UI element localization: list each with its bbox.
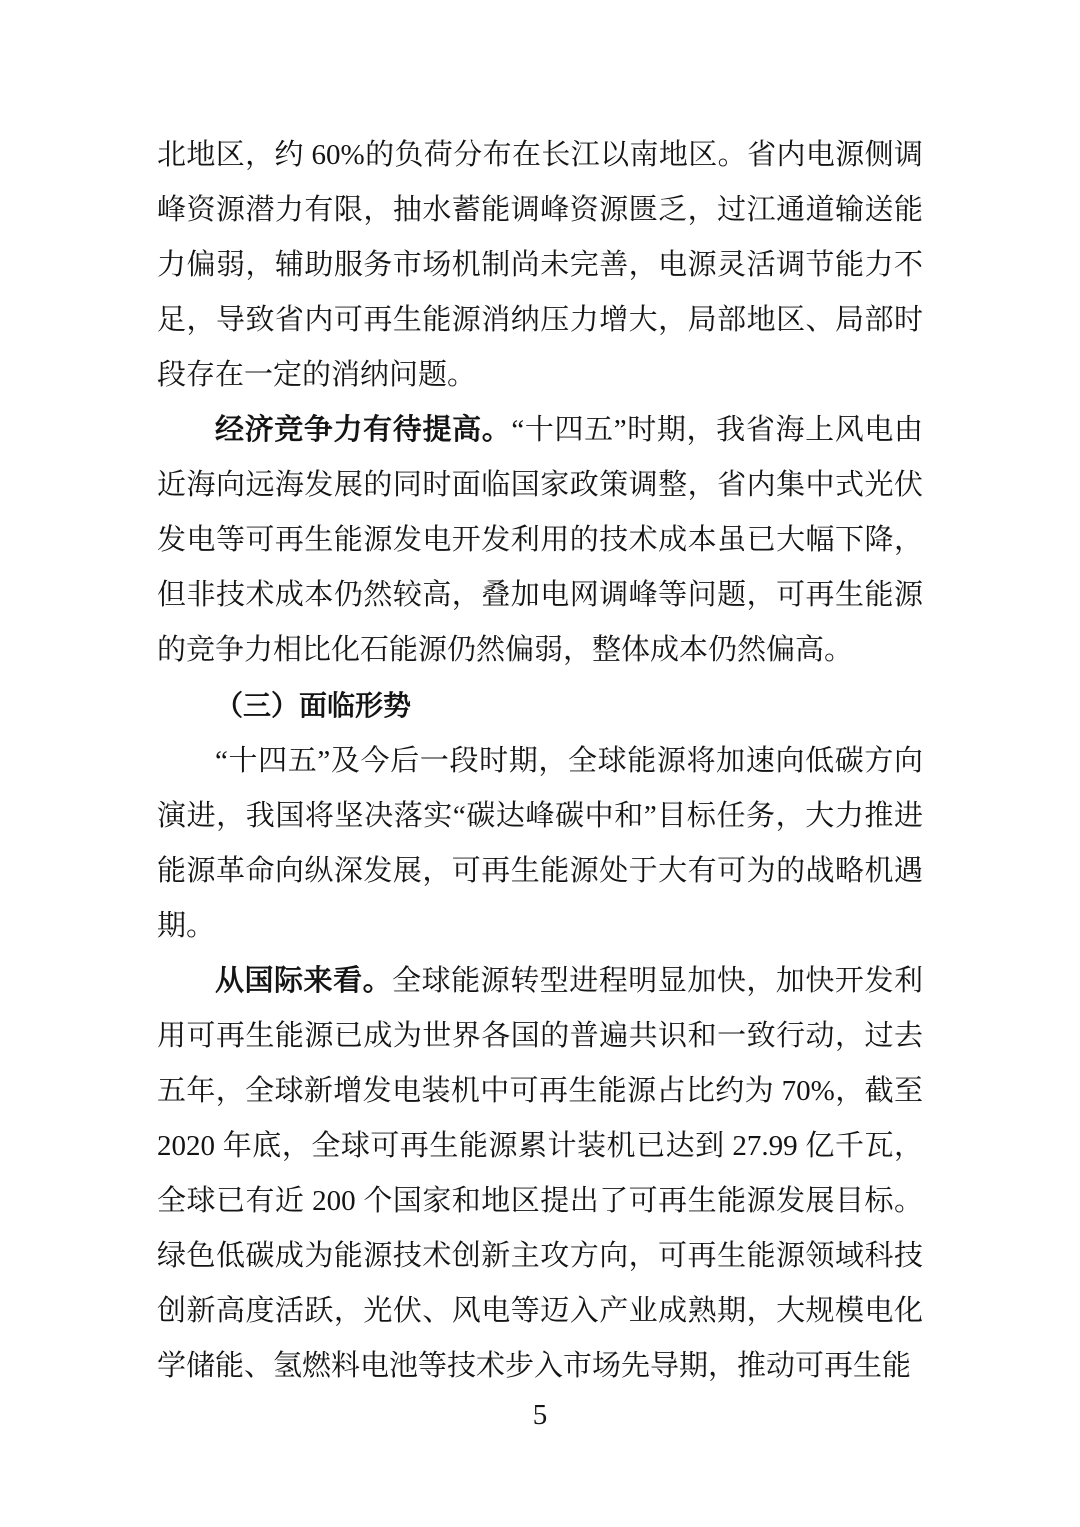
section-heading-text: （三）面临形势 — [215, 690, 411, 721]
document-body: 北地区，约 60%的负荷分布在长江以南地区。省内电源侧调峰资源潜力有限，抽水蓄能… — [157, 128, 923, 1394]
section-heading: （三）面临形势 — [157, 678, 923, 734]
page-number: 5 — [0, 1398, 1080, 1432]
document-page: 北地区，约 60%的负荷分布在长江以南地区。省内电源侧调峰资源潜力有限，抽水蓄能… — [0, 0, 1080, 1527]
paragraph-bold-lead: 从国际来看。 — [215, 965, 392, 997]
paragraph-consumption-issues: 北地区，约 60%的负荷分布在长江以南地区。省内电源侧调峰资源潜力有限，抽水蓄能… — [157, 128, 923, 403]
paragraph-outlook-period: “十四五”及今后一段时期，全球能源将加速向低碳方向演进，我国将坚决落实“碳达峰碳… — [157, 734, 923, 954]
paragraph-international-view: 从国际来看。全球能源转型进程明显加快，加快开发利用可再生能源已成为世界各国的普遍… — [157, 954, 923, 1394]
paragraph-economic-competitiveness: 经济竞争力有待提高。“十四五”时期，我省海上风电由近海向远海发展的同时面临国家政… — [157, 403, 923, 678]
paragraph-text: 北地区，约 60%的负荷分布在长江以南地区。省内电源侧调峰资源潜力有限，抽水蓄能… — [157, 139, 923, 391]
paragraph-text: 全球能源转型进程明显加快，加快开发利用可再生能源已成为世界各国的普遍共识和一致行… — [157, 965, 923, 1382]
paragraph-bold-lead: 经济竞争力有待提高。 — [215, 414, 511, 446]
paragraph-text: “十四五”及今后一段时期，全球能源将加速向低碳方向演进，我国将坚决落实“碳达峰碳… — [157, 745, 923, 942]
paragraph-text: “十四五”时期，我省海上风电由近海向远海发展的同时面临国家政策调整，省内集中式光… — [157, 414, 923, 666]
